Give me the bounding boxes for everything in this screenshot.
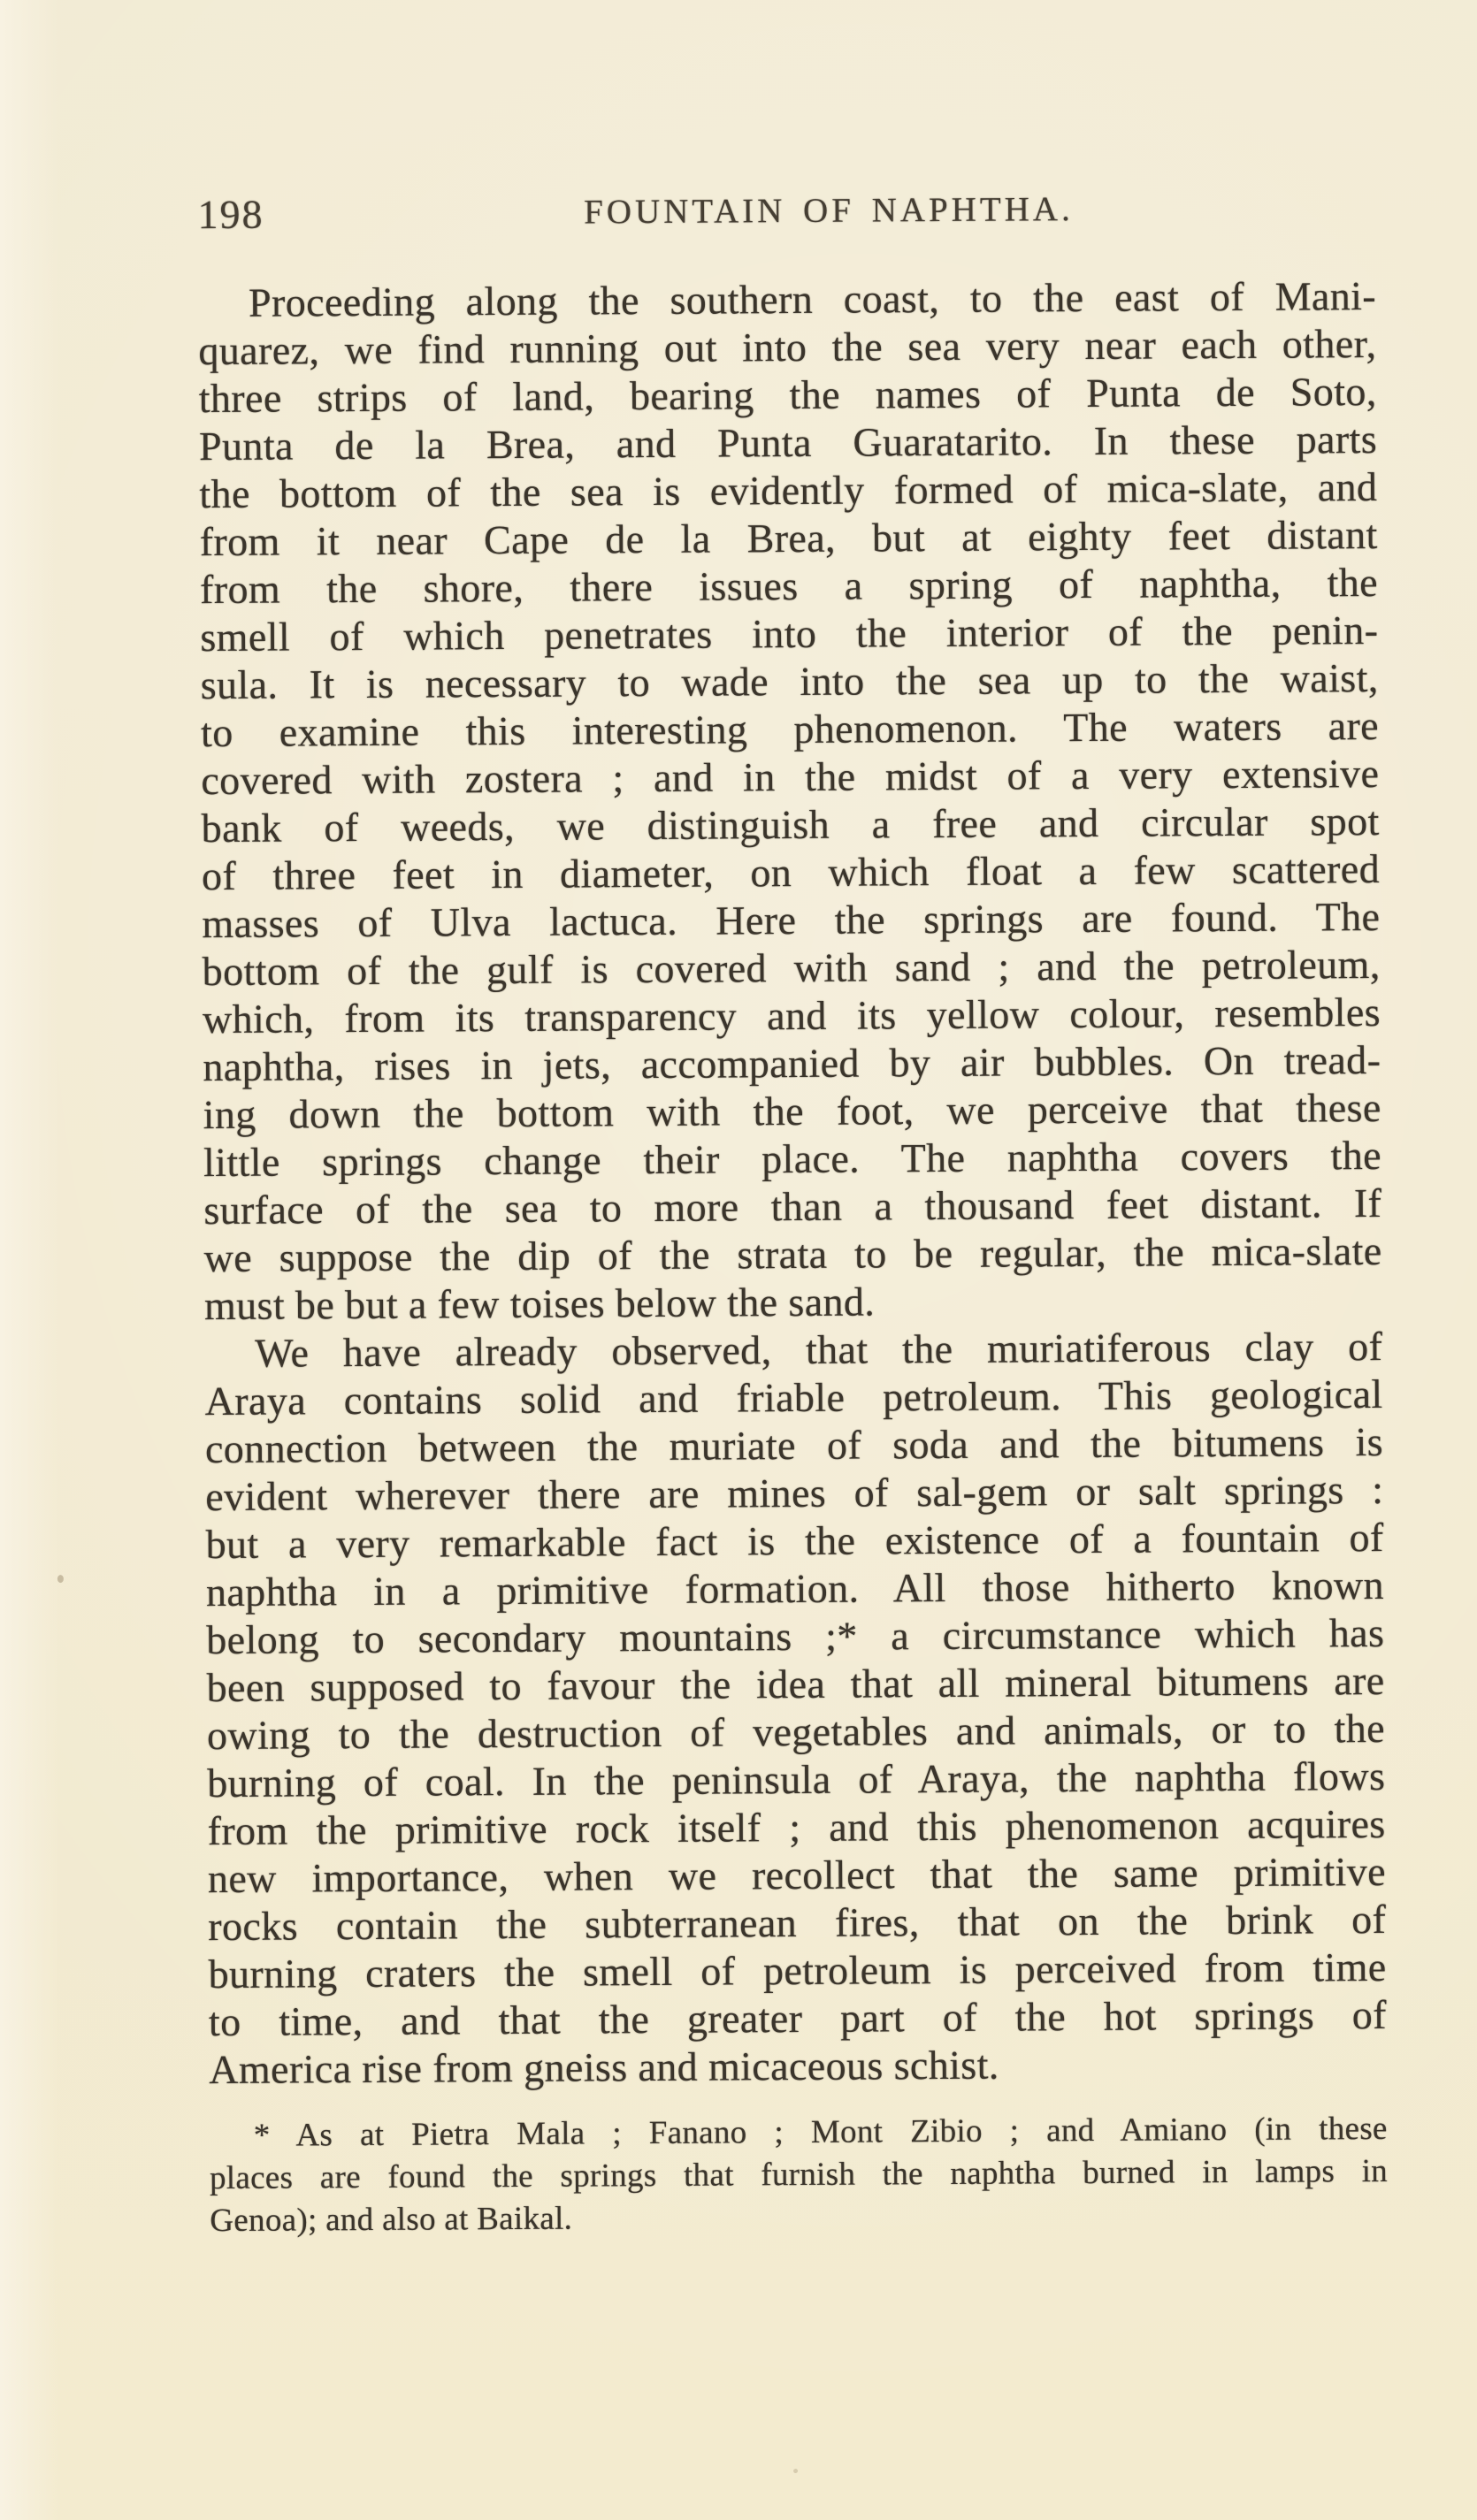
- text-line: from it near Cape de la Brea, but at eig…: [200, 511, 1378, 566]
- text-line: We have already observed, that the muria…: [204, 1323, 1382, 1378]
- text-line: but a very remarkable fact is the existe…: [205, 1514, 1383, 1569]
- text-line: sula. It is necessary to wade into the s…: [201, 654, 1379, 709]
- text-line: from the primitive rock itself ; and thi…: [207, 1800, 1385, 1855]
- text-line: Araya contains solid and friable petrole…: [205, 1371, 1383, 1425]
- text-line: surface of the sea to more than a thousa…: [203, 1180, 1381, 1234]
- text-line: smell of which penetrates into the inter…: [200, 607, 1378, 661]
- text-line: owing to the destruction of vegetables a…: [207, 1705, 1385, 1760]
- text-line: bank of weeds, we distinguish a free and…: [202, 798, 1380, 852]
- text-line: naphtha in a primitive formation. All th…: [206, 1562, 1384, 1616]
- text-line: from the shore, there issues a spring of…: [200, 559, 1378, 614]
- text-line: rocks contain the subterranean fires, th…: [208, 1896, 1386, 1951]
- text-line: new importance, when we recollect that t…: [208, 1848, 1386, 1903]
- text-line: which, from its transparency and its yel…: [203, 989, 1381, 1043]
- text-line: of three feet in diameter, on which floa…: [202, 845, 1380, 900]
- text-line: Proceeding along the southern coast, to …: [198, 272, 1376, 327]
- text-line: to time, and that the greater part of th…: [209, 1991, 1387, 2046]
- paper-speck: [793, 2469, 798, 2473]
- paper-speck: [57, 1575, 64, 1583]
- paragraph: We have already observed, that the muria…: [204, 1323, 1387, 2094]
- text-line: to examine this interesting phenomenon. …: [201, 702, 1379, 757]
- text-line: quarez, we find running out into the sea…: [198, 320, 1376, 375]
- text-line: bottom of the gulf is covered with sand …: [203, 941, 1381, 996]
- text-line: burning craters the smell of petroleum i…: [208, 1943, 1386, 1998]
- paragraph: Proceeding along the southern coast, to …: [198, 272, 1382, 1330]
- text-line: naphtha, rises in jets, accompanied by a…: [203, 1036, 1381, 1091]
- text-line: America rise from gneiss and micaceous s…: [209, 2039, 1387, 2094]
- book-page: 198 FOUNTAIN OF NAPHTHA. Proceeding alon…: [0, 0, 1477, 2520]
- text-line: Punta de la Brea, and Punta Guaratarito.…: [199, 416, 1377, 470]
- text-line: been supposed to favour the idea that al…: [206, 1657, 1384, 1712]
- page-content: 198 FOUNTAIN OF NAPHTHA. Proceeding alon…: [0, 0, 1477, 4]
- text-line: places are found the springs that furnis…: [210, 2150, 1388, 2200]
- text-line: Genoa); and also at Baikal.: [210, 2193, 1388, 2242]
- text-line: we suppose the dip of the strata to be r…: [204, 1227, 1382, 1282]
- text-line: belong to secondary mountains ;* a circu…: [206, 1609, 1384, 1664]
- text-line: little springs change their place. The n…: [203, 1132, 1381, 1187]
- text-line: three strips of land, bearing the names …: [199, 368, 1377, 423]
- page-header: 198 FOUNTAIN OF NAPHTHA.: [197, 184, 1375, 244]
- text-line: ing down the bottom with the foot, we pe…: [203, 1084, 1381, 1139]
- text-line: must be but a few toises below the sand.: [204, 1275, 1382, 1330]
- body-text: Proceeding along the southern coast, to …: [198, 272, 1388, 2094]
- text-line: connection between the muriate of soda a…: [205, 1418, 1383, 1473]
- text-line: burning of coal. In the peninsula of Ara…: [207, 1753, 1385, 1807]
- text-line: evident wherever there are mines of sal-…: [205, 1466, 1383, 1521]
- text-line: * As at Pietra Mala ; Fanano ; Mont Zibi…: [210, 2108, 1388, 2157]
- running-header: FOUNTAIN OF NAPHTHA.: [197, 187, 1375, 234]
- footnote: * As at Pietra Mala ; Fanano ; Mont Zibi…: [210, 2108, 1389, 2242]
- text-line: masses of Ulva lactuca. Here the springs…: [202, 893, 1380, 948]
- text-line: the bottom of the sea is evidently forme…: [199, 463, 1377, 518]
- text-line: covered with zostera ; and in the midst …: [201, 750, 1379, 805]
